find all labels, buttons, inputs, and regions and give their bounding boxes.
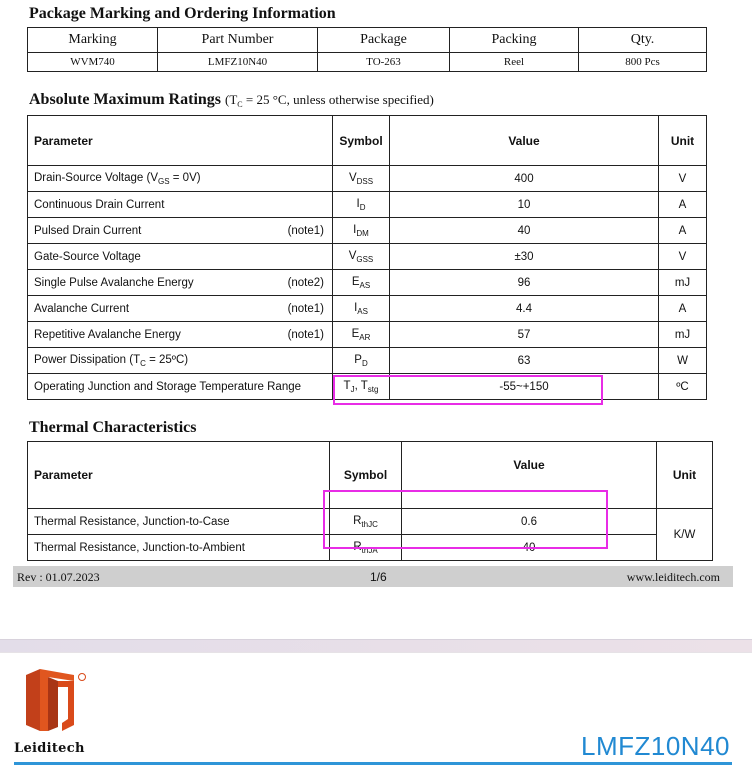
cell-unit: mJ bbox=[659, 322, 707, 348]
table-row: Continuous Drain CurrentID10A bbox=[28, 192, 707, 218]
sym: T bbox=[344, 380, 351, 392]
cell-value: 400 bbox=[390, 166, 659, 192]
header-divider bbox=[14, 762, 732, 765]
cell-value: 57 bbox=[390, 322, 659, 348]
thermal-title: Thermal Characteristics bbox=[29, 419, 197, 437]
table-row: Thermal Resistance, Junction-to-Case Rth… bbox=[28, 509, 713, 535]
cell-value: 40 bbox=[402, 535, 657, 561]
header-marking: Marking bbox=[28, 28, 158, 53]
table-row: Thermal Resistance, Junction-to-Ambient … bbox=[28, 535, 713, 561]
sym-sub: DSS bbox=[357, 177, 373, 186]
table-row: Pulsed Drain Current(note1)IDM40A bbox=[28, 218, 707, 244]
cell-value: 63 bbox=[390, 348, 659, 374]
table-row: Single Pulse Avalanche Energy(note2)EAS9… bbox=[28, 270, 707, 296]
ordering-table: Marking Part Number Package Packing Qty.… bbox=[27, 27, 707, 72]
param-text: Drain-Source Voltage (V bbox=[34, 172, 158, 184]
note: (note1) bbox=[288, 329, 332, 341]
header-part-number: LMFZ10N40 bbox=[581, 731, 730, 762]
sym-sub: DM bbox=[356, 229, 368, 238]
param-text: Power Dissipation (T bbox=[34, 354, 140, 366]
cond-suffix: = 25 °C, unless otherwise specified) bbox=[243, 92, 434, 107]
cell-parameter: Gate-Source Voltage bbox=[28, 244, 333, 270]
table-row: Gate-Source VoltageVGSS±30V bbox=[28, 244, 707, 270]
cell-parameter: Avalanche Current(note1) bbox=[28, 296, 333, 322]
page-separator bbox=[0, 639, 752, 653]
leiditech-logo-icon bbox=[14, 667, 88, 737]
param-text: Operating Junction and Storage Temperatu… bbox=[34, 381, 301, 393]
table-row: Power Dissipation (TC = 25ºC)PD63W bbox=[28, 348, 707, 374]
param-text: Continuous Drain Current bbox=[34, 199, 164, 211]
table-row: Operating Junction and Storage Temperatu… bbox=[28, 374, 707, 400]
cell-value: 0.6 bbox=[402, 509, 657, 535]
cell-unit: A bbox=[659, 296, 707, 322]
ordering-title: Package Marking and Ordering Information bbox=[29, 5, 336, 23]
note: (note2) bbox=[288, 277, 332, 289]
cell-unit: W bbox=[659, 348, 707, 374]
header-symbol: Symbol bbox=[330, 442, 402, 509]
sym: V bbox=[349, 172, 357, 184]
cell-packing: Reel bbox=[450, 53, 579, 72]
param-text: Pulsed Drain Current bbox=[34, 225, 141, 237]
sym-sub: AS bbox=[360, 281, 371, 290]
amr-table: Parameter Symbol Value Unit Drain-Source… bbox=[27, 115, 707, 400]
cell-value: 96 bbox=[390, 270, 659, 296]
cell-parameter: Thermal Resistance, Junction-to-Case bbox=[28, 509, 330, 535]
amr-title: Absolute Maximum Ratings (TC = 25 °C, un… bbox=[29, 91, 434, 109]
cell-parameter: Drain-Source Voltage (VGS = 0V) bbox=[28, 166, 333, 192]
cell-part-number: LMFZ10N40 bbox=[158, 53, 318, 72]
amr-condition: (TC = 25 °C, unless otherwise specified) bbox=[225, 92, 434, 107]
param-tail: = 25ºC) bbox=[146, 354, 188, 366]
revision-date: Rev : 01.07.2023 bbox=[17, 570, 100, 585]
header-symbol: Symbol bbox=[333, 116, 390, 166]
cell-value: -55~+150 bbox=[390, 374, 659, 400]
cell-symbol: VDSS bbox=[333, 166, 390, 192]
cell-symbol: RthJC bbox=[330, 509, 402, 535]
cell-value: 4.4 bbox=[390, 296, 659, 322]
cell-symbol: VGSS bbox=[333, 244, 390, 270]
cell-qty: 800 Pcs bbox=[579, 53, 707, 72]
param-text: Repetitive Avalanche Energy bbox=[34, 329, 181, 341]
param-sub: GS bbox=[158, 177, 170, 186]
header-package: Package bbox=[318, 28, 450, 53]
cell-symbol: IAS bbox=[333, 296, 390, 322]
cell-symbol: RthJA bbox=[330, 535, 402, 561]
param-tail: = 0V) bbox=[170, 172, 201, 184]
header-parameter: Parameter bbox=[28, 442, 330, 509]
cell-unit: A bbox=[659, 192, 707, 218]
sym-sub: D bbox=[362, 359, 368, 368]
header-part-number: Part Number bbox=[158, 28, 318, 53]
sym-sub: AS bbox=[357, 307, 368, 316]
sym-sub: thJA bbox=[362, 546, 378, 555]
page-footer: Rev : 01.07.2023 1/6 www.leiditech.com bbox=[13, 566, 733, 587]
param-text: Avalanche Current bbox=[34, 303, 129, 315]
cell-unit: V bbox=[659, 166, 707, 192]
ordering-header-row: Marking Part Number Package Packing Qty. bbox=[28, 28, 707, 53]
sym-sub: thJC bbox=[361, 520, 377, 529]
sym-sub: D bbox=[360, 203, 366, 212]
cell-parameter: Continuous Drain Current bbox=[28, 192, 333, 218]
amr-title-text: Absolute Maximum Ratings bbox=[29, 91, 221, 108]
brand-name: Leiditech bbox=[14, 741, 85, 756]
header-value: Value bbox=[402, 442, 657, 509]
sym: P bbox=[354, 354, 362, 366]
header-qty: Qty. bbox=[579, 28, 707, 53]
table-row: Repetitive Avalanche Energy(note1)EAR57m… bbox=[28, 322, 707, 348]
cell-symbol: PD bbox=[333, 348, 390, 374]
cell-unit: A bbox=[659, 218, 707, 244]
table-row: WVM740 LMFZ10N40 TO-263 Reel 800 Pcs bbox=[28, 53, 707, 72]
website-link[interactable]: www.leiditech.com bbox=[627, 570, 720, 585]
sym2-sub: stg bbox=[368, 385, 379, 394]
cell-unit: V bbox=[659, 244, 707, 270]
amr-header-row: Parameter Symbol Value Unit bbox=[28, 116, 707, 166]
cell-value: ±30 bbox=[390, 244, 659, 270]
cell-marking: WVM740 bbox=[28, 53, 158, 72]
sym: E bbox=[352, 276, 360, 288]
cell-symbol: IDM bbox=[333, 218, 390, 244]
cell-symbol: TJ, Tstg bbox=[333, 374, 390, 400]
cell-unit: mJ bbox=[659, 270, 707, 296]
header-unit: Unit bbox=[657, 442, 713, 509]
header-packing: Packing bbox=[450, 28, 579, 53]
header-value: Value bbox=[390, 116, 659, 166]
cell-parameter: Single Pulse Avalanche Energy(note2) bbox=[28, 270, 333, 296]
note: (note1) bbox=[288, 225, 332, 237]
header-unit: Unit bbox=[659, 116, 707, 166]
note: (note1) bbox=[288, 303, 332, 315]
sym: R bbox=[353, 541, 361, 553]
cell-value: 40 bbox=[390, 218, 659, 244]
cell-parameter: Power Dissipation (TC = 25ºC) bbox=[28, 348, 333, 374]
cell-unit: ºC bbox=[659, 374, 707, 400]
cell-parameter: Repetitive Avalanche Energy(note1) bbox=[28, 322, 333, 348]
cell-unit: K/W bbox=[657, 509, 713, 561]
cell-symbol: EAR bbox=[333, 322, 390, 348]
param-text: Single Pulse Avalanche Energy bbox=[34, 277, 194, 289]
thermal-table: Parameter Symbol Value Unit Thermal Resi… bbox=[27, 441, 713, 561]
cell-parameter: Pulsed Drain Current(note1) bbox=[28, 218, 333, 244]
cell-symbol: ID bbox=[333, 192, 390, 218]
header-parameter: Parameter bbox=[28, 116, 333, 166]
cell-parameter: Operating Junction and Storage Temperatu… bbox=[28, 374, 333, 400]
cell-package: TO-263 bbox=[318, 53, 450, 72]
cell-symbol: EAS bbox=[333, 270, 390, 296]
page-number: 1/6 bbox=[370, 570, 387, 584]
table-row: Avalanche Current(note1)IAS4.4A bbox=[28, 296, 707, 322]
thermal-header-row: Parameter Symbol Value Unit bbox=[28, 442, 713, 509]
sym-sub: GSS bbox=[356, 255, 373, 264]
cell-parameter: Thermal Resistance, Junction-to-Ambient bbox=[28, 535, 330, 561]
cond-prefix: (T bbox=[225, 92, 237, 107]
param-text: Gate-Source Voltage bbox=[34, 251, 141, 263]
sym2: , T bbox=[355, 380, 368, 392]
sym-sub: AR bbox=[359, 333, 370, 342]
cell-value: 10 bbox=[390, 192, 659, 218]
table-row: Drain-Source Voltage (VGS = 0V)VDSS400V bbox=[28, 166, 707, 192]
